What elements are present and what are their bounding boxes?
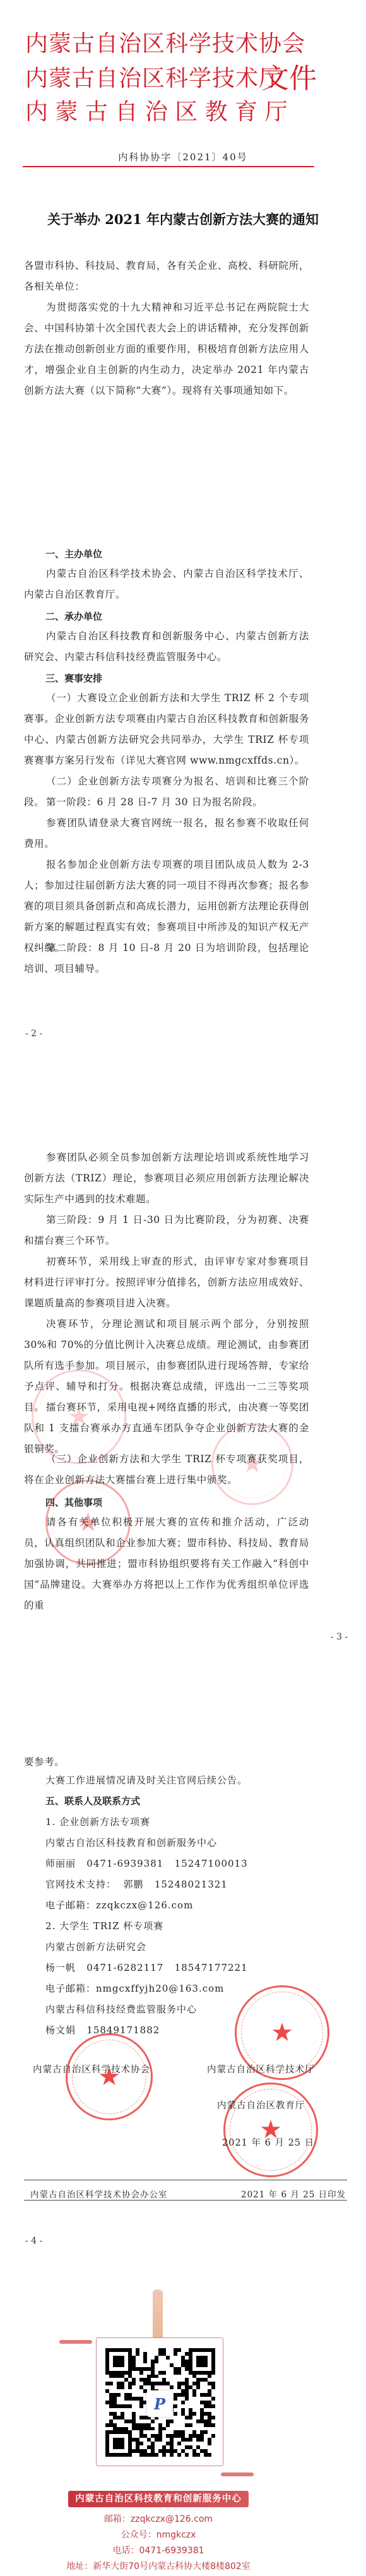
section-heading-other: 四、其他事项 (45, 1496, 102, 1509)
promo-phone: 电话：0471-6939381 (0, 2543, 317, 2559)
cloud-decoration-icon (221, 2473, 254, 2476)
official-seal-edu: ★ (223, 2083, 318, 2177)
contact-line: 内蒙古自治区科技教育和创新服务中心 (45, 1836, 217, 1849)
signature-edu: 内蒙古自治区教育厅 (217, 2098, 305, 2112)
cloud-decoration-icon (59, 2340, 92, 2344)
schedule-preliminary: 初赛环节，采用线上审查的形式，由评审专家对参赛项目材料进行评审打分。按照评审分值… (24, 1251, 309, 1314)
schedule-p4: 参赛团队请登录大赛官网统一报名，报名参赛不收取任何费用。 (24, 813, 309, 854)
organizers-text: 内蒙古自治区科学技术协会、内蒙古自治区科学技术厅、内蒙古自治区教育厅。 (24, 564, 309, 605)
footer-rule-top (24, 2180, 347, 2180)
contact-line: 内蒙古创新方法研究会 (45, 1940, 146, 1953)
qr-code-frame[interactable]: P (96, 2337, 223, 2466)
official-seal-sast: ★ (66, 2033, 153, 2120)
contact-email: 电子邮箱：nmgcxffyjh20@163.com (45, 1982, 224, 1995)
signature-date: 2021 年 6 月 25 日 (222, 2136, 314, 2149)
contact-email: 电子邮箱：zzqkczx@126.com (45, 1898, 193, 1911)
progress-notice: 大赛工作进展情况请及时关注官网后续公告。 (45, 1773, 247, 1787)
section-heading-schedule: 三、赛事安排 (45, 671, 102, 685)
header-org-sast: 内蒙古自治区科学技术协会 (25, 32, 305, 57)
header-document-suffix: 文件 (261, 63, 317, 95)
header-red-rule (23, 166, 314, 167)
promo-wechat: 公众号：nmgkczx (0, 2527, 317, 2543)
contact-line: 杨一帆 0471-6282117 18547177221 (45, 1961, 248, 1974)
huabiao-pillar-icon (153, 2289, 163, 2337)
schedule-stage3: 第三阶段：9 月 1 日-30 日为比赛阶段，分为初赛、决赛和擂台赛三个环节。 (24, 1210, 309, 1251)
header-org-dost: 内蒙古自治区科学技术厅 (25, 66, 282, 92)
intro-paragraph: 为贯彻落实党的十九大精神和习近平总书记在两院院士大会、中国科协第十次全国代表大会… (24, 297, 309, 401)
section-heading-undertakers: 二、承办单位 (45, 610, 102, 623)
schedule-p1: （一）大赛设立企业创新方法和大学生 TRIZ 杯 2 个专项赛事。企业创新方法专… (24, 688, 309, 771)
contact-line: 内蒙古科信科技经费监管服务中心 (45, 2002, 197, 2016)
schedule-awards: （三）企业创新方法和大学生 TRIZ 杯专项赛获奖项目，将在企业创新方法大赛擂台… (24, 1449, 309, 1491)
schedule-p7: 参赛团队必须全员参加创新方法理论培训或系统性地学习创新方法（TRIZ）理论，参赛… (24, 1147, 309, 1210)
document-number: 内科协协字〔2021〕40号 (0, 150, 366, 163)
promo-address: 地址：新华大街70号内蒙古科协大楼8楼802室 (0, 2559, 317, 2575)
contact-line: 2. 大学生 TRIZ 杯专项赛 (45, 1919, 163, 1932)
section-heading-organizers: 一、主办单位 (45, 547, 102, 560)
page-number-4: - 4 - (25, 2236, 42, 2246)
other-matters-text: 请各有关单位积极开展大赛的宣传和推介活动，广泛动员，认真组织团队和企业参加大赛；… (24, 1512, 309, 1616)
page-number-3: - 3 - (331, 1632, 348, 1642)
footer-rule-bottom (24, 2200, 347, 2201)
signature-dost: 内蒙古自治区科学技术厅 (207, 2062, 315, 2076)
schedule-stage1: 第一阶段：6 月 28 日-7 月 30 日为报名阶段。 (24, 792, 309, 813)
header-org-edu: 内 蒙 古 自 治 区 教 育 厅 (25, 100, 288, 125)
org-banner: 内蒙古自治区科技教育和创新服务中心 (68, 2491, 249, 2507)
contact-line: 1. 企业创新方法专项赛 (45, 1815, 150, 1828)
salutation: 各盟市科协、科技局、教育局，各有关企业、高校、科研院所，各相关单位： (24, 256, 309, 297)
page-number-2: - 2 - (25, 1029, 42, 1039)
section-heading-contacts: 五、联系人及联系方式 (45, 1794, 140, 1807)
document-title: 关于举办 2021 年内蒙古创新方法大赛的通知 (0, 210, 366, 228)
contact-line: 师丽丽 0471-6939381 15247100013 (45, 1857, 248, 1870)
signature-sast: 内蒙古自治区科学技术协会 (33, 2062, 150, 2076)
contact-line: 官网技术支持： 郭鹏 15248021321 (45, 1877, 228, 1891)
footer-issuer: 内蒙古自治区科学技术协会办公室 (30, 2187, 168, 2200)
undertakers-text: 内蒙古自治区科技教育和创新服务中心、内蒙古创新方法研究会、内蒙古科信科技经费监管… (24, 626, 309, 668)
other-matters-continued: 要参考。 (24, 1752, 309, 1773)
promo-email: 邮箱：zzqkczx@126.com (0, 2512, 317, 2527)
qr-logo-icon: P (146, 2390, 173, 2417)
footer-issue-date: 2021 年 6 月 25 日印发 (241, 2187, 346, 2200)
schedule-stage2: 第二阶段：8 月 10 日-8 月 20 日为培训阶段，包括理论培训、项目辅导。 (24, 938, 309, 979)
